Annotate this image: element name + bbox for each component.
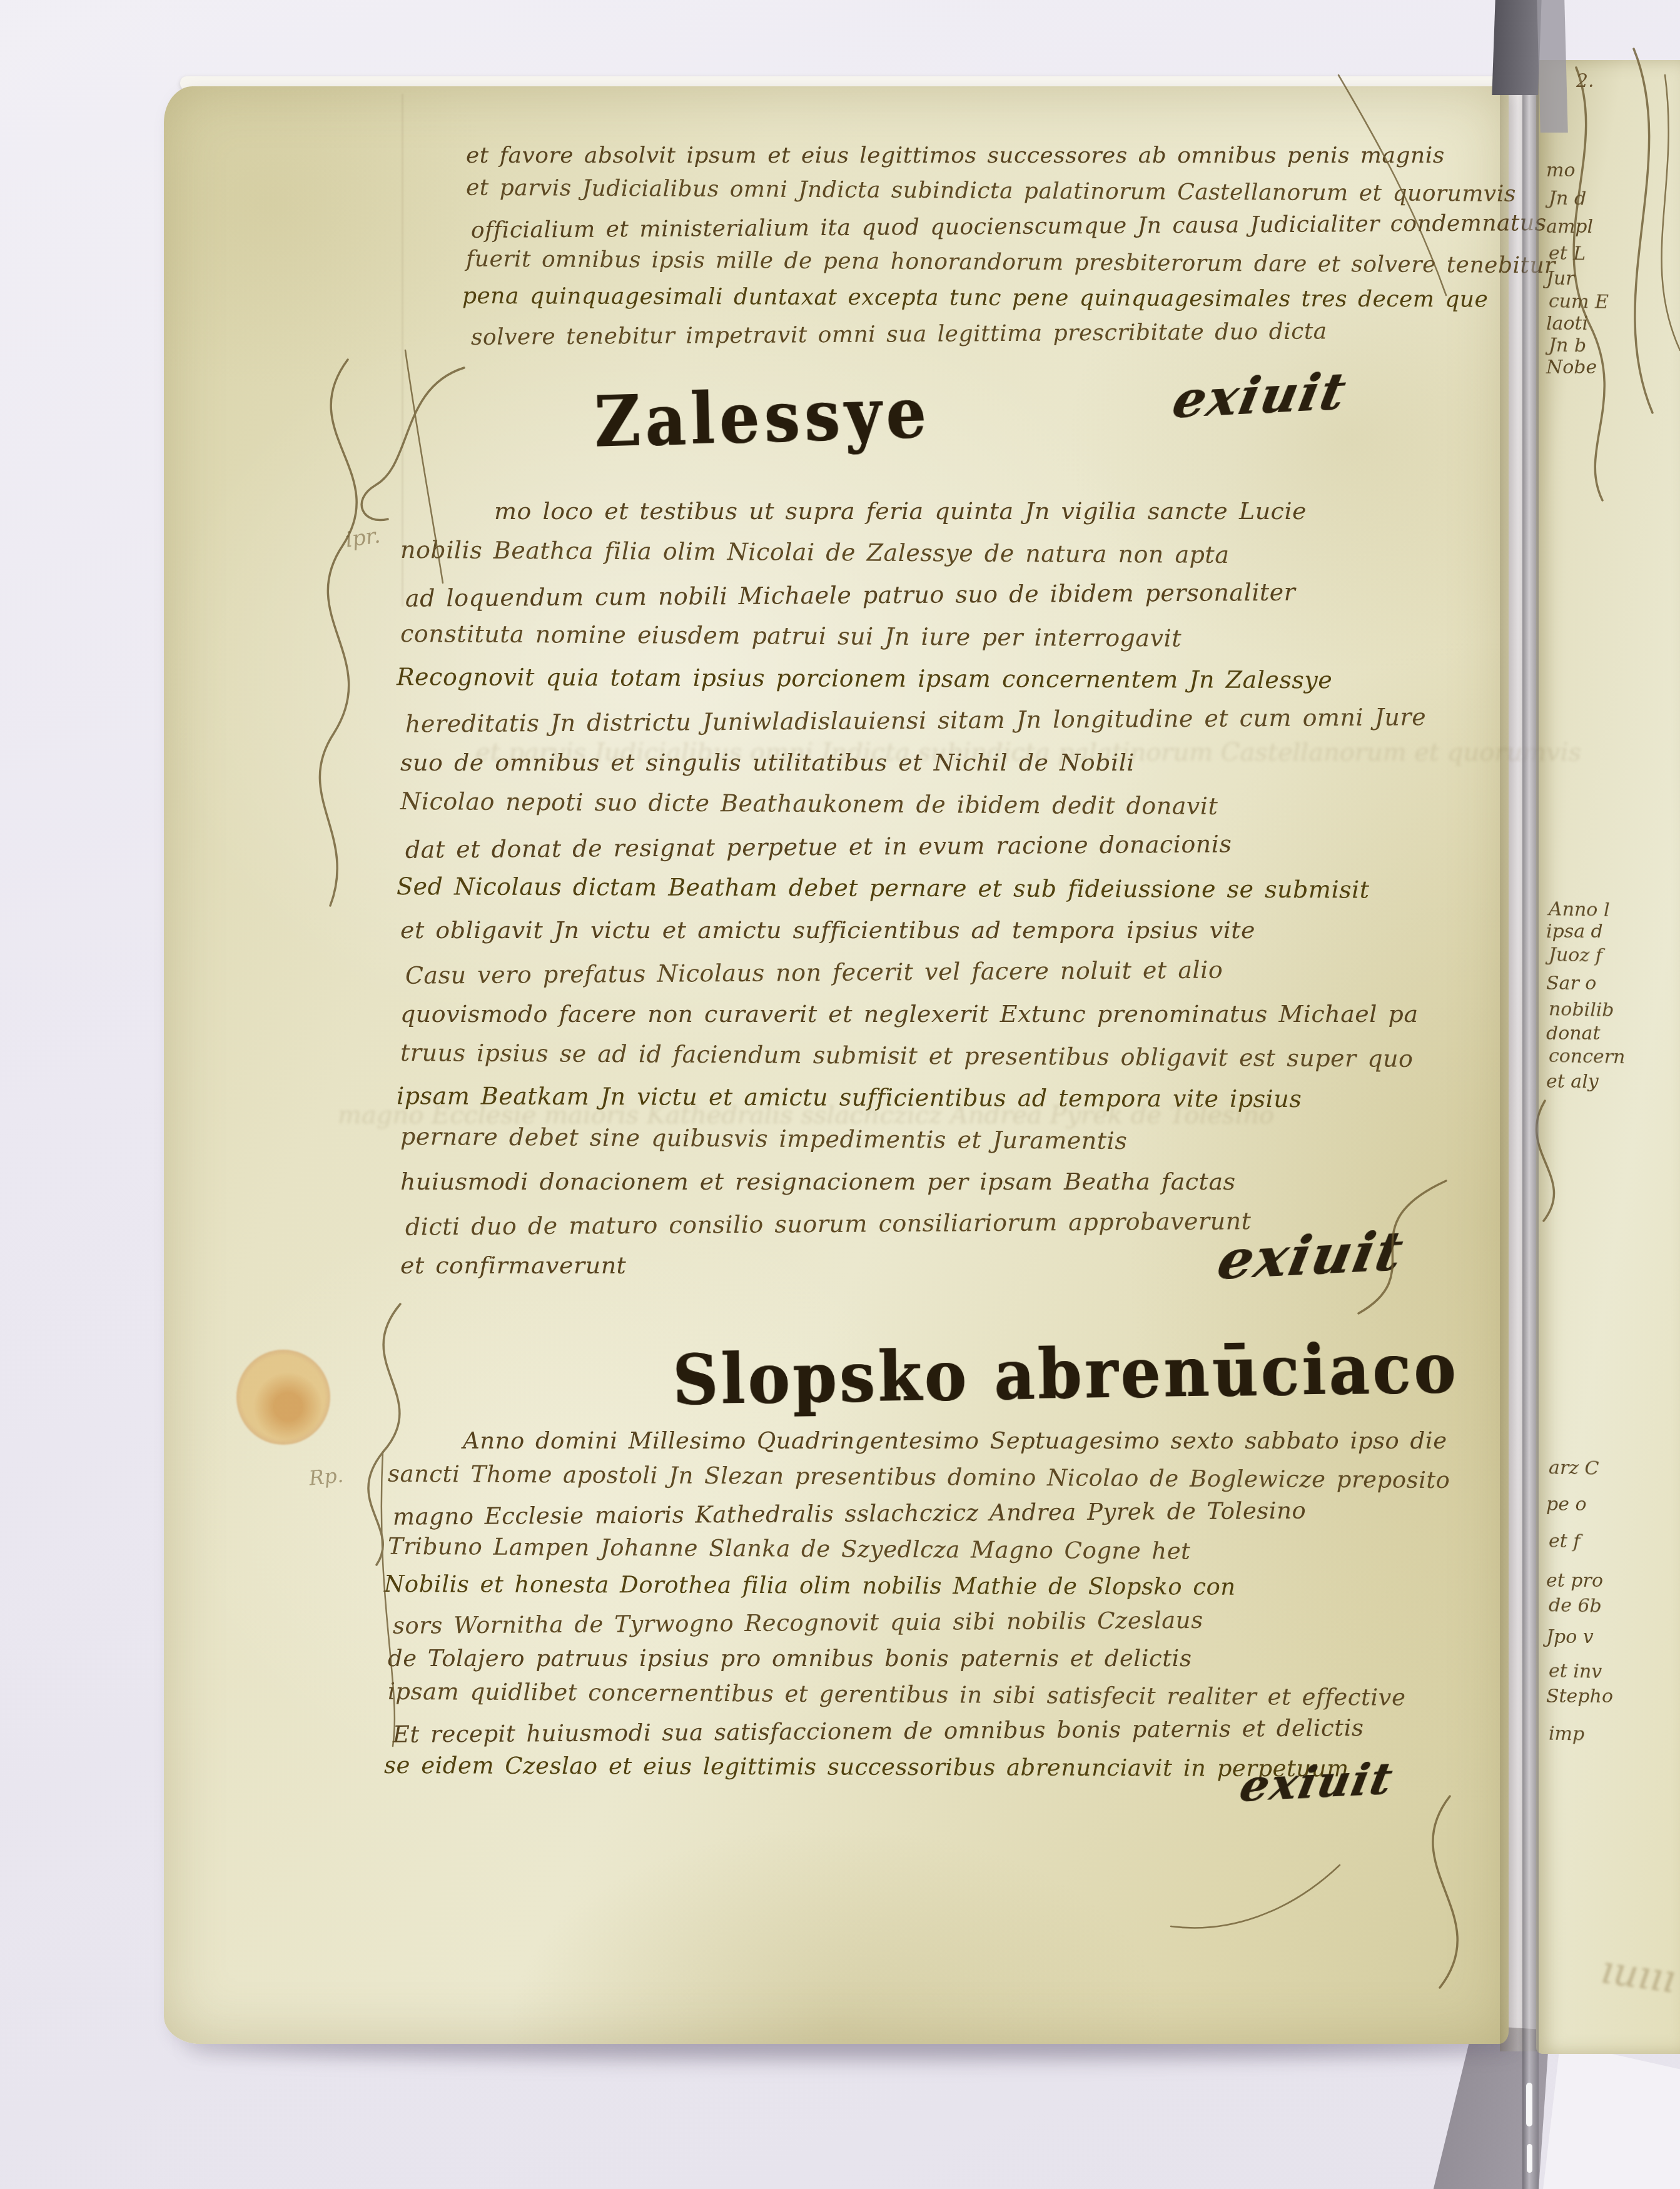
manuscript-text-line: Recognovit quia totam ipsius porcionem i… (397, 663, 1417, 709)
text-fragment: et inv (1549, 1660, 1602, 1682)
text-fragment: nobilib (1549, 998, 1614, 1021)
manuscript-photo: et favore absolvit ipsum et eius legitti… (0, 0, 1680, 2189)
exiuit-note-1: exiuit (1168, 362, 1352, 430)
manuscript-text-line: nobilis Beathca filia olim Nicolai de Za… (400, 536, 1422, 584)
rod-highlight (1527, 2144, 1532, 2173)
manuscript-text-line: Nobilis et honesta Dorothea filia olim n… (384, 1570, 1447, 1610)
cradle-strap-dark (1492, 0, 1541, 95)
manuscript-text-line: huiusmodi donacionem et resignacionem pe… (400, 1168, 1421, 1210)
section-heading-slopsko: Slopsko abrenūciaco (672, 1327, 1459, 1420)
manuscript-text-line: mo loco et testibus ut supra feria quint… (494, 497, 1421, 539)
manuscript-text-line: de Tolajero patruus ipsius pro omnibus b… (388, 1645, 1450, 1681)
ink-stain (236, 1350, 330, 1445)
paragraph-2: mo loco et testibus ut supra feria quint… (400, 497, 1421, 1293)
rod-highlight (1526, 2083, 1532, 2126)
manuscript-text-line: Anno domini Millesimo Quadringentesimo S… (463, 1427, 1450, 1464)
text-fragment: arz C (1549, 1457, 1599, 1479)
manuscript-text-line: ad loquendum cum nobili Michaele patruo … (405, 577, 1427, 626)
cradle-glass-rod (1522, 0, 1539, 2189)
manuscript-text-line: dat et donat de resignat perpetue et in … (405, 829, 1427, 877)
text-fragment: cum E (1549, 290, 1609, 313)
paragraph-1: et favore absolvit ipsum et eius legitti… (466, 143, 1556, 356)
manuscript-text-line: Sed Nicolaus dictam Beatham debet pernar… (397, 872, 1417, 918)
text-fragment: Jn d (1549, 188, 1587, 210)
manuscript-text-line: sors Wornitha de Tyrwogno Recognovit qui… (393, 1605, 1455, 1649)
exiuit-note-2: exiuit (1212, 1220, 1409, 1292)
manuscript-text-line: et favore absolvit ipsum et eius legitti… (466, 143, 1556, 178)
text-fragment: Sar o (1546, 973, 1596, 994)
text-fragment: Jn b (1549, 335, 1587, 357)
cradle-strap-light (1537, 0, 1568, 133)
manuscript-text-line: suo de omnibus et singulis utilitatibus … (400, 749, 1421, 791)
manuscript-text-line: et obligavit Jn victu et amictu sufficie… (400, 916, 1421, 958)
manuscript-text-line: Et recepit huiusmodi sua satisfaccionem … (393, 1714, 1455, 1757)
text-fragment: ipsa d (1546, 921, 1603, 943)
text-fragment: Nobe (1546, 356, 1597, 378)
right-page-text-fragments: moJn damplet LJurcum ElaotiJn bNobeAnno … (1540, 0, 1680, 2064)
manuscript-text-line: pernare debet sine quibusvis impedimenti… (400, 1123, 1422, 1171)
text-fragment: de 6b (1549, 1594, 1602, 1617)
text-fragment: et pro (1546, 1570, 1603, 1592)
text-fragment: et f (1549, 1530, 1581, 1553)
manuscript-text-line: ipsam Beatkam Jn victu et amictu suffici… (397, 1082, 1417, 1128)
manuscript-text-line: Tribuno Lampen Johanne Slanka de Szyedlc… (388, 1533, 1450, 1575)
marginal-note-1: ipr. (343, 523, 382, 552)
text-fragment: Jur (1546, 268, 1575, 290)
paragraph-3: Anno domini Millesimo Quadringentesimo S… (388, 1427, 1450, 1790)
section-heading-zalessye: Zalessye (594, 371, 932, 463)
text-fragment: laoti (1546, 313, 1588, 335)
text-fragment: et aly (1546, 1071, 1599, 1093)
text-fragment: ampl (1546, 216, 1593, 238)
manuscript-text-line: magno Ecclesie maioris Kathedralis sslac… (393, 1496, 1455, 1540)
text-fragment: pe o (1546, 1494, 1587, 1515)
manuscript-text-line: Casu vero prefatus Nicolaus non fecerit … (405, 954, 1427, 1003)
manuscript-text-line: solvere tenebitur impetravit omni sua le… (471, 317, 1561, 360)
text-fragment: concern (1549, 1045, 1626, 1068)
text-fragment: donat (1546, 1023, 1601, 1044)
manuscript-text-line: fuerit omnibus ipsis mille de pena honor… (466, 246, 1556, 289)
manuscript-text-line: pena quinquagesimali duntaxat excepta tu… (462, 283, 1552, 323)
marginal-note-2: Rp. (308, 1463, 344, 1490)
exiuit-note-3: exiuit (1235, 1752, 1398, 1812)
manuscript-text-line: quovismodo facere non curaverit et negle… (400, 1000, 1421, 1042)
text-fragment: imp (1549, 1723, 1585, 1746)
text-fragment: mo (1546, 159, 1576, 181)
text-fragment: Stepho (1546, 1686, 1613, 1707)
text-fragment: Anno l (1549, 898, 1610, 921)
text-fragment: et L (1549, 243, 1586, 265)
manuscript-text-line: hereditatis Jn districtu Juniwladislauie… (405, 703, 1427, 752)
manuscript-text-line: constituta nomine eiusdem patrui sui Jn … (400, 620, 1422, 668)
manuscript-text-line: Nicolao nepoti suo dicte Beathaukonem de… (400, 787, 1422, 836)
manuscript-text-line: truus ipsius se ad id faciendum submisit… (400, 1039, 1422, 1087)
text-fragment: Jpo v (1546, 1626, 1594, 1648)
text-fragment: Juoz f (1549, 944, 1602, 966)
